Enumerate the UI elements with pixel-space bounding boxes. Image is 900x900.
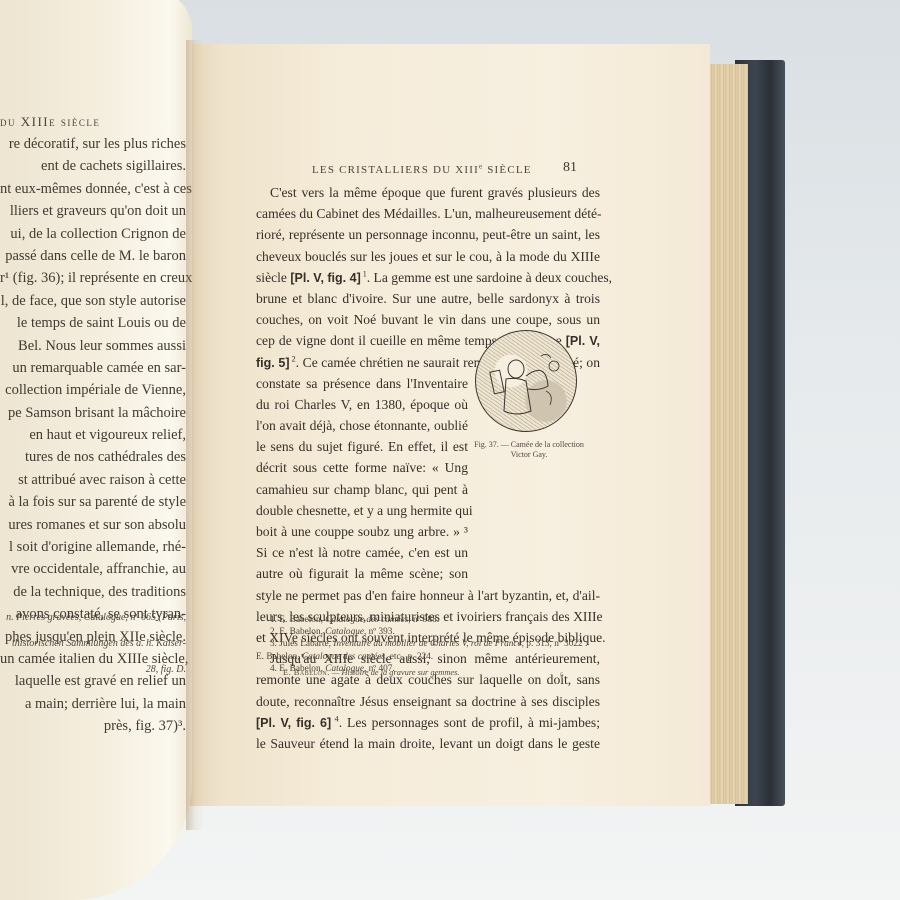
text-line: C'est vers la même époque que furent gra… xyxy=(256,182,600,203)
text-line: l'on avait déjà, chose étonnante, oublié xyxy=(256,415,468,436)
angel-engraving-icon xyxy=(476,331,576,431)
footnote-marker: 4 xyxy=(331,714,339,723)
text-line: vre occidentale, affranchie, au xyxy=(0,558,186,580)
text-line: du roi Charles V, en 1380, époque où xyxy=(256,394,468,415)
text-line: tures de nos cathédrales des xyxy=(0,446,186,468)
text-line: collection impériale de Vienne, xyxy=(0,379,186,401)
footnote-line: n. Pierres gravées, Catalogue, nº 665 (P… xyxy=(0,605,186,631)
footnote-title: Catalogue, xyxy=(325,627,366,637)
cameo-illustration xyxy=(475,330,577,432)
text-line: siècle [Pl. V, fig. 4] 1. La gemme est u… xyxy=(256,267,600,288)
text-line: passé dans celle de M. le baron xyxy=(0,245,186,267)
text-line: cheveux bouclés sur les joues et sur le … xyxy=(256,246,600,267)
text-line: nt eux-mêmes donnée, c'est à ces xyxy=(0,178,186,200)
text-line: brune et blanc d'ivoire. Sur une autre, … xyxy=(256,288,600,309)
figure-caption: Fig. 37. — Camée de la collection Victor… xyxy=(470,440,588,460)
text-line: autre où figurait la même scène; son xyxy=(256,563,468,584)
text-line: lliers et graveurs qu'on doit un xyxy=(0,200,186,222)
text-line: le Sauveur étend la main droite, levant … xyxy=(256,733,600,754)
footnotes: 1. E. Babelon, Catalogue des camées, nº … xyxy=(256,614,616,675)
signature-line: E. Babelon. — Histoire de la gravure sur… xyxy=(283,668,459,677)
plate-reference: [Pl. V, fig. 6] xyxy=(256,716,331,730)
footnote-marker: 2 xyxy=(290,354,296,363)
footnote-line: 28, fig. D. xyxy=(0,657,186,683)
text-line: près, fig. 37)³. xyxy=(0,715,186,737)
book-photo: du XIIIe siècle re décoratif, sur les pl… xyxy=(0,0,900,900)
text-line: constate sa présence dans l'Inventaire xyxy=(256,373,468,394)
text-line: boit à une couppe soubz ung arbre. » ³ xyxy=(256,521,468,542)
footnote: 1. E. Babelon, Catalogue des camées, nº … xyxy=(256,614,616,626)
text-line: double chesnette, et y a ung hermite qui xyxy=(256,500,468,521)
gutter-shadow xyxy=(186,40,204,830)
footnote: E. Babelon, Catalogue des camées, etc., … xyxy=(256,651,616,663)
text-line: rioré, représente un personnage inconnu,… xyxy=(256,224,600,245)
text-line: à la fois sur sa parenté de style xyxy=(0,491,186,513)
footnote-line: thistorischen Sammlungen des a. h. Kaise… xyxy=(0,631,186,657)
left-page: du XIIIe siècle re décoratif, sur les pl… xyxy=(0,0,192,900)
text-line: re décoratif, sur les plus riches xyxy=(0,133,186,155)
text-line: ures romanes et sur son absolu xyxy=(0,514,186,536)
text-line: pe Samson brisant la mâchoire xyxy=(0,402,186,424)
text-line: de la technique, des traditions xyxy=(0,581,186,603)
text-line: camahieu sur champ blanc, qui pent à xyxy=(256,479,468,500)
text-line: le sens du sujet figuré. En effet, il es… xyxy=(256,436,468,457)
text-line: le temps de saint Louis ou de xyxy=(0,312,186,334)
text-line: r¹ (fig. 36); il représente en creux xyxy=(0,267,186,289)
text-line: camées du Cabinet des Médailles. L'un, m… xyxy=(256,203,600,224)
text-line: [Pl. V, fig. 6] 4. Les personnages sont … xyxy=(256,712,600,733)
text-line: l, de face, que son style autorise xyxy=(0,290,186,312)
text-line: en haut et vigoureux relief, xyxy=(0,424,186,446)
text-line: doute, reconnaître Jésus enseignant sa d… xyxy=(256,691,600,712)
text-line: style ne permet pas d'en faire honneur à… xyxy=(256,585,600,606)
footnote: 3. Jules Labarte, Inventaire du mobilier… xyxy=(256,638,616,650)
text-line: Bel. Nous leur sommes aussi xyxy=(0,335,186,357)
left-running-head: du XIIIe siècle xyxy=(0,114,100,130)
footnote-title: Inventaire du mobilier de Charles V, roi… xyxy=(333,639,524,649)
signature-mark: 6 xyxy=(560,671,564,679)
footnote-marker: 1 xyxy=(361,269,367,278)
running-head: LES CRISTALLIERS DU XIIIe SIÈCLE xyxy=(312,164,577,176)
left-page-footnotes: n. Pierres gravées, Catalogue, nº 665 (P… xyxy=(0,605,186,683)
text-line: ui, de la collection Crignon de xyxy=(0,223,186,245)
page-number: 81 xyxy=(563,160,577,176)
text-line: ent de cachets sigillaires. xyxy=(0,155,186,177)
figure-37: Fig. 37. — Camée de la collection Victor… xyxy=(470,330,612,460)
footnote: 2. E. Babelon, Catalogue, nº 393. xyxy=(256,626,616,638)
footnote-title: Catalogue des camées, xyxy=(302,652,387,662)
footnote-title: Catalogue des camées, xyxy=(325,615,410,625)
text-line: a main; derrière lui, la main xyxy=(0,693,186,715)
text-line: décrit sous cette forme naïve: « Ung xyxy=(256,457,468,478)
text-line: un remarquable camée en sar- xyxy=(0,357,186,379)
text-line: st attribué avec raison à cette xyxy=(0,469,186,491)
text-line: couches, on voit Noé buvant le vin dans … xyxy=(256,309,600,330)
text-line: l soit d'origine allemande, rhé- xyxy=(0,536,186,558)
text-line: Si ce n'est là notre camée, c'en est un xyxy=(256,542,468,563)
plate-reference: fig. 5] xyxy=(256,356,290,370)
plate-reference: [Pl. V, fig. 4] xyxy=(290,271,360,285)
